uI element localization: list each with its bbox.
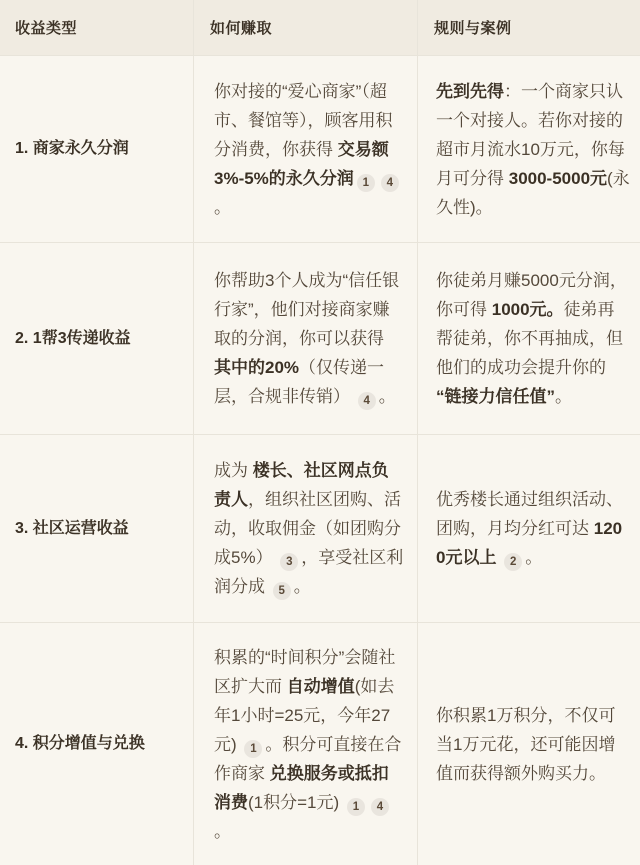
- plain-text: 。: [214, 822, 231, 841]
- plain-text: 。: [525, 548, 542, 567]
- plain-text: 。: [214, 198, 231, 217]
- row-type-label: 2. 1帮3传递收益: [15, 326, 131, 352]
- row-rules-text: 你徒弟月赚5000元分润，你可得 1000元。徒弟再帮徒弟，你不再抽成，但他们的…: [436, 266, 630, 411]
- citation-badge[interactable]: 4: [371, 798, 389, 816]
- emphasis-text: 3000-5000元: [509, 169, 607, 188]
- earnings-table: 收益类型 如何赚取 规则与案例 1. 商家永久分润 你对接的“爱心商家”（超市、…: [0, 0, 640, 865]
- row-how-text: 积累的“时间积分”会随社区扩大而 自动增值(如去年1小时=25元，今年27元) …: [214, 643, 404, 846]
- plain-text: (1积分=1元): [248, 793, 344, 812]
- plain-text: 。: [555, 387, 572, 406]
- row-how-text: 你对接的“爱心商家”（超市、餐馆等），顾客用积分消费，你获得 交易额3%-5%的…: [214, 77, 404, 222]
- plain-text: 。: [294, 577, 311, 596]
- emphasis-text: “链接力信任值”: [436, 387, 555, 406]
- plain-text: 你帮助3个人成为“信任银行家”，他们对接商家赚取的分润，你可以获得: [214, 271, 399, 348]
- emphasis-text: 自动增值: [287, 677, 355, 696]
- row-how-text: 成为 楼长、社区网点负责人，组织社区团购、活动，收取佣金（如团购分成5%） 3，…: [214, 456, 404, 601]
- citation-badge[interactable]: 2: [504, 553, 522, 571]
- citation-badge[interactable]: 3: [280, 553, 298, 571]
- header-cell-how-to-earn: 如何赚取: [193, 0, 417, 55]
- header-cell-income-type: 收益类型: [0, 0, 193, 55]
- row-type-label: 4. 积分增值与兑换: [15, 731, 145, 757]
- row-rules-text: 先到先得：一个商家只认一个对接人。若你对接的超市月流水10万元，你每月可分得 3…: [436, 77, 630, 222]
- table-header-row: 收益类型 如何赚取 规则与案例: [0, 0, 640, 55]
- table-row-merchant-dividend: 1. 商家永久分润 你对接的“爱心商家”（超市、餐馆等），顾客用积分消费，你获得…: [0, 55, 640, 242]
- plain-text: [496, 548, 501, 567]
- plain-text: 。: [379, 387, 396, 406]
- row-type-label: 3. 社区运营收益: [15, 516, 129, 542]
- row-type-label: 1. 商家永久分润: [15, 136, 129, 162]
- citation-badge[interactable]: 4: [358, 392, 376, 410]
- plain-text: 成为: [214, 461, 253, 480]
- citation-badge[interactable]: 1: [244, 740, 262, 758]
- row-rules-text: 优秀楼长通过组织活动、团购，月均分红可达 1200元以上 2。: [436, 485, 630, 572]
- row-how-text: 你帮助3个人成为“信任银行家”，他们对接商家赚取的分润，你可以获得 其中的20%…: [214, 266, 404, 411]
- plain-text: 你积累1万积分，不仅可当1万元花，还可能因增值而获得额外购买力。: [436, 706, 615, 783]
- emphasis-text: 其中的20%: [214, 358, 299, 377]
- emphasis-text: 1000元。: [492, 300, 564, 319]
- table-row-points-appreciation: 4. 积分增值与兑换 积累的“时间积分”会随社区扩大而 自动增值(如去年1小时=…: [0, 622, 640, 865]
- emphasis-text: 先到先得: [436, 82, 504, 101]
- table-row-community-income: 3. 社区运营收益 成为 楼长、社区网点负责人，组织社区团购、活动，收取佣金（如…: [0, 434, 640, 622]
- citation-badge[interactable]: 4: [381, 174, 399, 192]
- table-row-referral-income: 2. 1帮3传递收益 你帮助3个人成为“信任银行家”，他们对接商家赚取的分润，你…: [0, 242, 640, 434]
- header-cell-rules-cases: 规则与案例: [417, 0, 640, 55]
- citation-badge[interactable]: 1: [357, 174, 375, 192]
- citation-badge[interactable]: 1: [347, 798, 365, 816]
- row-rules-text: 你积累1万积分，不仅可当1万元花，还可能因增值而获得额外购买力。: [436, 701, 630, 788]
- citation-badge[interactable]: 5: [273, 582, 291, 600]
